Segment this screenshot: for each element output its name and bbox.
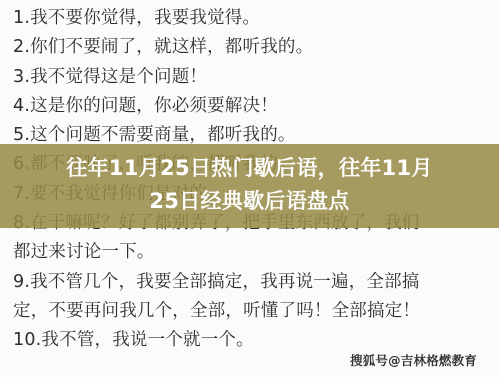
- overlay-title-line-1: 往年11月25日热门歇后语，往年11月: [0, 152, 499, 185]
- quote-line-4: 4.这是你的问题，你必须要解决！: [13, 92, 493, 121]
- article-image: 1.我不要你觉得，我要我觉得。 2.你们不要闹了，就这样，都听我的。 3.我不觉…: [0, 0, 499, 377]
- overlay-title: 往年11月25日热门歇后语，往年11月 25日经典歇后语盘点: [0, 152, 499, 218]
- quote-line-3: 3.我不觉得这是个问题！: [13, 63, 493, 92]
- quote-line-8-cont: 都过来讨论一下。: [13, 238, 493, 267]
- watermark: 搜狐号@吉林格燃教育: [350, 351, 477, 369]
- quote-line-9: 9.我不管几个，我要全部搞定，我再说一遍，全部搞: [13, 268, 493, 297]
- quote-line-9-cont: 定，不要再问我几个，全部，听懂了吗！全部搞定！: [13, 297, 493, 326]
- quote-line-1: 1.我不要你觉得，我要我觉得。: [13, 4, 493, 33]
- quote-line-2: 2.你们不要闹了，就这样，都听我的。: [13, 33, 493, 62]
- overlay-title-line-2: 25日经典歇后语盘点: [0, 185, 499, 218]
